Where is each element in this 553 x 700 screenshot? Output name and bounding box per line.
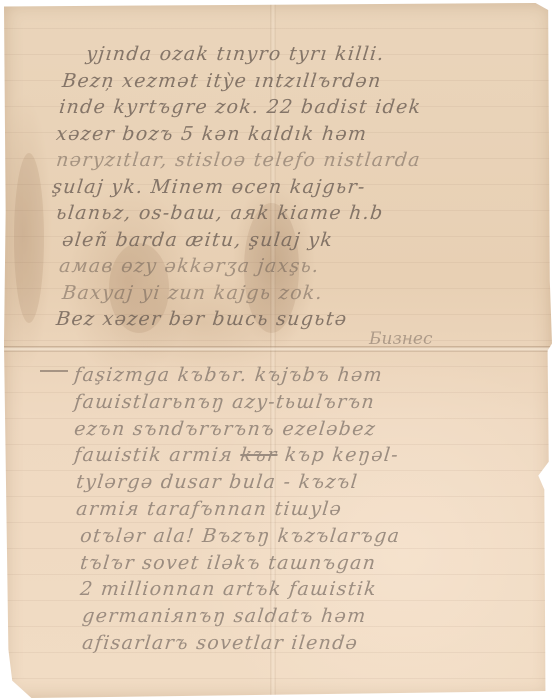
handwritten-line: aмaв ɵzy əkkərʒa jaxşь. xyxy=(3,255,553,282)
handwritten-line: ьlanьz, os-baш, aяk kiame h.b xyxy=(3,202,553,229)
handwritten-line: xəzer bozъ 5 kən kaldık həm xyxy=(3,123,553,150)
line-text: faşizmga kъbъr. kъjъbъ həm xyxy=(73,364,384,386)
handwritten-line: faшistik armiя kъr kъp keŋəl- xyxy=(3,444,553,471)
handwritten-line: faşizmga kъbъr. kъjъbъ həm xyxy=(3,364,553,391)
handwritten-line: germaniяnъŋ saldatъ həm xyxy=(3,605,553,632)
line-text: nəryzıtlar, stisloə telefo nistlarda xyxy=(55,149,422,171)
line-text: xəzer bozъ 5 kən kaldık həm xyxy=(55,123,368,145)
horizontal-fold-crease xyxy=(4,346,552,352)
line-text: tylərgə dusar bula - kъzъl xyxy=(75,471,359,493)
handwritten-line: ezъn sъndъrъrъnъ ezeləbez xyxy=(3,418,553,445)
handwritten-line: afisarlarъ sovetlar ilendə xyxy=(3,632,553,659)
line-text: ezъn sъndъrъrъnъ ezeləbez xyxy=(73,418,377,440)
handwritten-line: Bez xəzer bər bшcь sugьtə xyxy=(3,308,553,335)
line-text: Baxyaj yi zun kajgь zok. xyxy=(61,282,324,304)
fold-text-fragment: Бизнес xyxy=(369,329,433,349)
line-text: faшistik armiя xyxy=(73,444,234,466)
line-text: otъlər ala! Bъzъŋ kъzъlarъga xyxy=(79,525,401,547)
handwritten-line: tylərgə dusar bula - kъzъl xyxy=(3,471,553,498)
line-text: armiя tarafъnnan tiшylə xyxy=(75,498,343,520)
handwritten-line: inde kyrtъgre zok. 22 badist idek xyxy=(3,96,553,123)
line-text: germaniяnъŋ saldatъ həm xyxy=(81,605,368,627)
handwritten-line: şulaj yk. Minem ɵcen kajgьr- xyxy=(3,176,553,203)
struck-out-word: kъr xyxy=(239,444,278,466)
handwritten-line: 2 millionnan artъk faшistik xyxy=(3,578,553,605)
line-text: əleñ barda æitu, şulaj yk xyxy=(61,229,334,251)
handwritten-line: armiя tarafъnnan tiшylə xyxy=(3,498,553,525)
lower-text-section: faşizmga kъbъr. kъjъbъ həm faшistlarьnъŋ… xyxy=(4,364,552,659)
line-text: tъlъr sovet iləkъ taшnъgan xyxy=(79,552,377,574)
handwritten-line: nəryzıtlar, stisloə telefo nistlarda xyxy=(3,149,553,176)
line-text: Bez xəzer bər bшcь sugьtə xyxy=(55,308,348,330)
handwritten-line: əleñ barda æitu, şulaj yk xyxy=(3,229,553,256)
upper-text-section: yjında ozak tınyro tyrı killi. Bezņ xezm… xyxy=(4,43,552,335)
stage: yjında ozak tınyro tyrı killi. Bezņ xezm… xyxy=(0,0,553,700)
line-text: inde kyrtъgre zok. 22 badist idek xyxy=(58,96,423,118)
line-text: Bezņ xezmət itỳe ıntzıllъrdən xyxy=(61,70,383,92)
handwritten-line: Bezņ xezmət itỳe ıntzıllъrdən xyxy=(3,70,553,97)
handwritten-line: faшistlarьnъŋ azy-tьшlъrъn xyxy=(3,391,553,418)
handwritten-line: yjında ozak tınyro tyrı killi. xyxy=(3,43,553,70)
line-text: afisarlarъ sovetlar ilendə xyxy=(81,632,359,654)
handwritten-line: tъlъr sovet iləkъ taшnъgan xyxy=(3,552,553,579)
line-text-continued: kъp keŋəl- xyxy=(284,444,400,466)
line-text: faшistlarьnъŋ azy-tьшlъrъn xyxy=(73,391,376,413)
line-text: 2 millionnan artъk faшistik xyxy=(79,578,378,600)
line-text: şulaj yk. Minem ɵcen kajgьr- xyxy=(51,176,367,198)
line-text: yjında ozak tınyro tyrı killi. xyxy=(85,43,386,65)
handwritten-line: otъlər ala! Bъzъŋ kъzъlarъga xyxy=(3,525,553,552)
line-text: aмaв ɵzy əkkərʒa jaxşь. xyxy=(58,255,321,277)
line-text: ьlanьz, os-baш, aяk kiame h.b xyxy=(55,202,385,224)
handwritten-line: Baxyaj yi zun kajgь zok. xyxy=(3,282,553,309)
letter-paper: yjında ozak tınyro tyrı killi. Bezņ xezm… xyxy=(4,3,552,698)
